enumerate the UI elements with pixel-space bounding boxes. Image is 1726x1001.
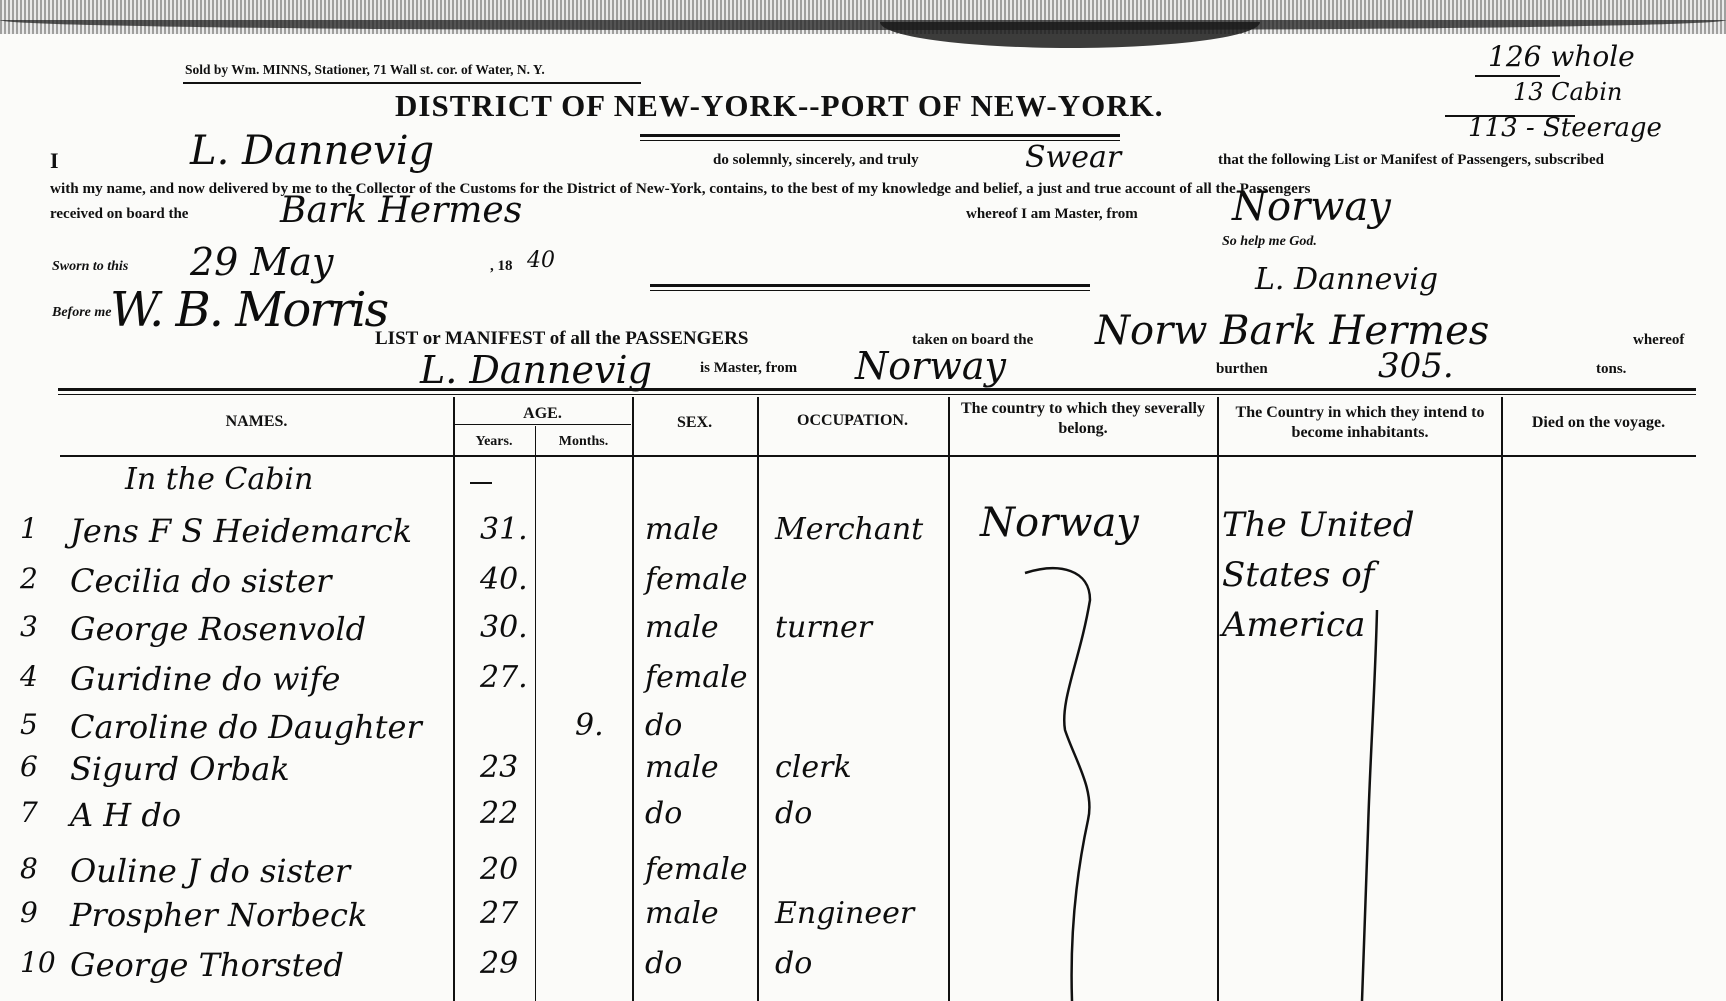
tally-cabin: 13 Cabin	[1513, 78, 1622, 106]
sex: male	[645, 750, 719, 785]
row-number: 7	[20, 796, 38, 829]
passenger-name: George Rosenvold	[70, 610, 366, 648]
sex: female	[645, 852, 748, 887]
sex: male	[645, 896, 719, 931]
sex: do	[645, 708, 682, 743]
col-line-sex	[632, 397, 634, 1001]
passenger-name: Prospher Norbeck	[70, 896, 367, 934]
row-number: 5	[20, 708, 38, 741]
age-months: 9.	[575, 708, 604, 743]
age-years: 30.	[480, 610, 528, 645]
age-years: 27	[480, 896, 518, 931]
age-years: 27.	[480, 660, 528, 695]
col-header-country-belong: The country to which they severally belo…	[958, 399, 1208, 439]
row-number: 4	[20, 660, 38, 693]
manifest-master-handwritten: L. Dannevig	[420, 348, 652, 392]
oath-line3-start: received on board the	[50, 206, 188, 223]
row-number: 10	[20, 946, 56, 979]
col-header-died: Died on the voyage.	[1501, 413, 1696, 433]
tally-steerage: 113 - Steerage	[1468, 113, 1662, 143]
occupation: Engineer	[775, 896, 914, 931]
col-line-died	[1501, 397, 1503, 1001]
oath-line3-mid: whereof I am Master, from	[966, 206, 1138, 223]
age-years: 29	[480, 946, 518, 981]
passenger-name: George Thorsted	[70, 946, 344, 984]
master-signature: L. Dannevig	[1255, 262, 1438, 297]
stationer-underline	[183, 82, 641, 84]
occupation: turner	[775, 610, 872, 645]
manifest-from-port: Norway	[855, 344, 1006, 388]
row-number: 2	[20, 562, 38, 595]
age-subdivider	[453, 424, 631, 425]
occupation: do	[775, 796, 812, 831]
row-number: 3	[20, 610, 38, 643]
vessel-handwritten: Bark Hermes	[280, 190, 522, 231]
ditto-line-country-belong	[1020, 560, 1130, 1001]
sex: male	[645, 610, 719, 645]
torn-edge-fold	[880, 22, 1260, 48]
occupation: do	[775, 946, 812, 981]
sex: do	[645, 796, 682, 831]
section-dash	[470, 482, 492, 484]
year-suffix: 40	[527, 248, 555, 273]
year-prefix: , 18	[490, 258, 513, 275]
ditto-line-country-intend	[1360, 610, 1400, 1001]
age-years: 40.	[480, 562, 528, 597]
occupation: Merchant	[775, 512, 923, 547]
age-years: 20	[480, 852, 518, 887]
col-line-occupation	[757, 397, 759, 1001]
header-bottom-rule	[60, 455, 1696, 457]
oath-line2: with my name, and now delivered by me to…	[50, 180, 1310, 198]
sex: male	[645, 512, 719, 547]
sworn-date: 29 May	[190, 240, 333, 284]
col-header-sex: SEX.	[632, 413, 757, 433]
passenger-name: Sigurd Orbak	[70, 750, 290, 788]
manifest-is-master-from: is Master, from	[700, 360, 797, 377]
sworn-label: Sworn to this	[52, 259, 128, 275]
passenger-name: Guridine do wife	[70, 660, 340, 698]
col-header-occupation: OCCUPATION.	[757, 411, 948, 431]
passenger-name: Cecilia do sister	[70, 562, 331, 600]
col-line-country-intend	[1217, 397, 1219, 1001]
table-top-rule	[58, 388, 1696, 395]
col-line-country-belong	[948, 397, 950, 1001]
burthen-label: burthen	[1216, 361, 1268, 378]
master-name-handwritten: L. Dannevig	[190, 128, 434, 174]
tally-rule-1	[1475, 75, 1560, 77]
col-line-years	[453, 397, 455, 1001]
row-number: 8	[20, 852, 38, 885]
col-header-months: Months.	[535, 432, 632, 452]
row-number: 6	[20, 750, 38, 783]
from-port-handwritten: Norway	[1232, 184, 1391, 230]
country-belong-value: Norway	[980, 500, 1139, 546]
row-number: 1	[20, 512, 38, 545]
age-years: 31.	[480, 512, 528, 547]
row-number: 9	[20, 896, 38, 929]
col-header-names: NAMES.	[60, 412, 453, 432]
oath-swear: Swear	[1025, 140, 1121, 175]
oath-line1-mid: do solemnly, sincerely, and truly	[713, 152, 919, 169]
tally-whole: 126 whole	[1488, 40, 1635, 73]
passenger-name: Caroline do Daughter	[70, 708, 422, 746]
age-years: 22	[480, 796, 518, 831]
magistrate-signature: W. B. Morris	[110, 282, 387, 338]
passenger-name: Jens F S Heidemarck	[70, 512, 412, 550]
passenger-name: A H do	[70, 796, 181, 834]
manifest-heading: LIST or MANIFEST of all the PASSENGERS	[375, 328, 748, 350]
sex: do	[645, 946, 682, 981]
oath-line1-end: that the following List or Manifest of P…	[1218, 152, 1604, 169]
manifest-whereof: whereof	[1633, 332, 1684, 349]
stationer-imprint: Sold by Wm. MINNS, Stationer, 71 Wall st…	[185, 62, 545, 78]
sex: female	[645, 660, 748, 695]
passenger-name: Ouline J do sister	[70, 852, 350, 890]
tons-label: tons.	[1596, 361, 1626, 378]
sex: female	[645, 562, 748, 597]
before-me-label: Before me	[52, 305, 111, 321]
col-header-years: Years.	[453, 432, 535, 452]
age-years: 23	[480, 750, 518, 785]
oath-i: I	[50, 148, 59, 174]
col-header-country-intend: The Country in which they intend to beco…	[1222, 403, 1498, 443]
occupation: clerk	[775, 750, 852, 785]
col-line-months	[535, 426, 536, 1001]
page-title: DISTRICT OF NEW-YORK--PORT OF NEW-YORK.	[395, 88, 1163, 124]
section-in-the-cabin: In the Cabin	[125, 462, 313, 497]
col-header-age: AGE.	[453, 404, 632, 424]
burthen-value: 305.	[1378, 346, 1454, 386]
so-help-me-god: So help me God.	[1222, 234, 1317, 250]
sworn-double-rule	[650, 284, 1090, 291]
